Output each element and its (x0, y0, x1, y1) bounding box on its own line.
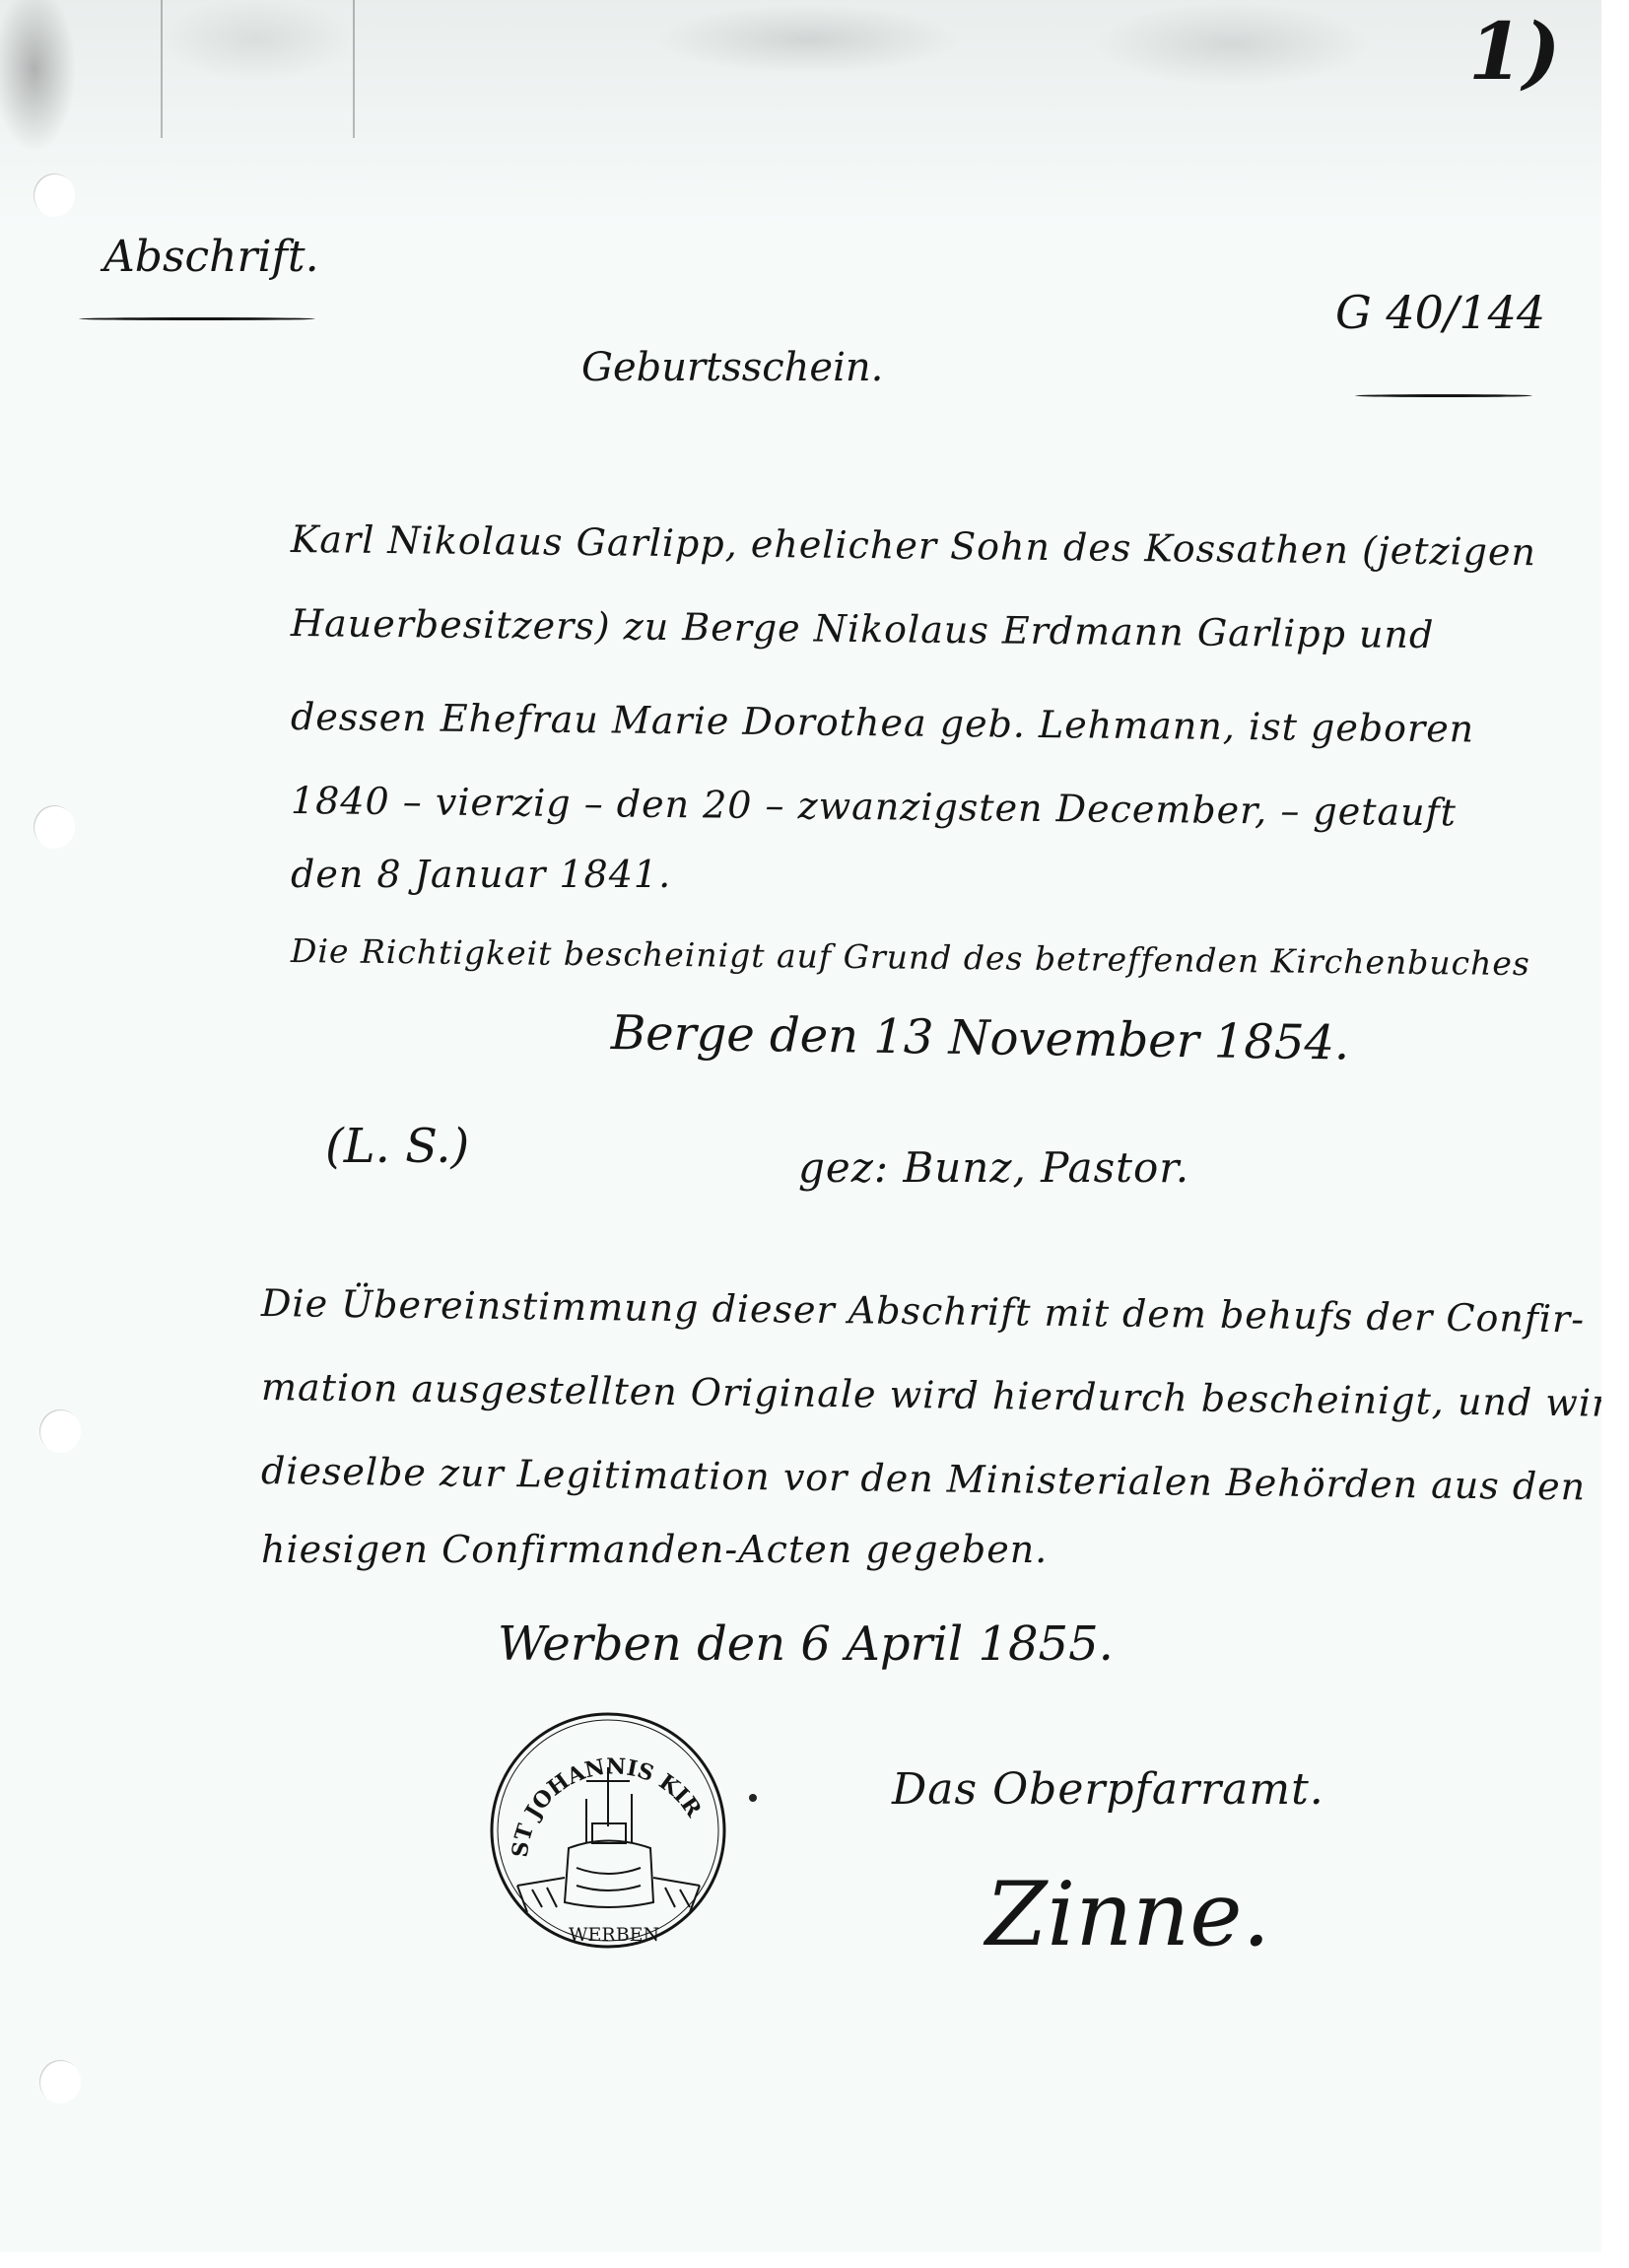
attestation-line: Die Richtigkeit bescheinigt auf Grund de… (291, 931, 1530, 983)
punch-hole (39, 1409, 81, 1453)
copy-artifact-line (353, 0, 355, 138)
attestation-2-line: Die Übereinstimmung dieser Abschrift mit… (261, 1281, 1586, 1340)
svg-text:ST JOHANNIS KIRCHE: ST JOHANNIS KIRCHE (488, 1710, 707, 1859)
body-line: Karl Nikolaus Garlipp, ehelicher Sohn de… (291, 517, 1536, 574)
reference-number: G 40/144 (1335, 286, 1545, 339)
place-date-werben: Werben den 6 April 1855. (498, 1616, 1114, 1672)
body-line: 1840 – vierzig – den 20 – zwanzigsten De… (291, 779, 1457, 834)
signature: Zinne. (985, 1863, 1270, 1966)
attestation-2-line: dieselbe zur Legitimation vor den Minist… (261, 1449, 1587, 1508)
punch-hole (39, 2060, 81, 2103)
church-seal-stamp: ST JOHANNIS KIRCHE WERBEN (488, 1710, 729, 1952)
attestation-2-line: hiesigen Confirmanden-Acten gegeben. (261, 1528, 1048, 1571)
seal-bottom-text: WERBEN (569, 1924, 659, 1946)
attestation-2-line: mation ausgestellten Originale wird hier… (261, 1365, 1601, 1425)
reference-underline (1355, 394, 1532, 397)
photocopy-noise (0, 0, 1601, 227)
document-title: Geburtsschein. (581, 345, 883, 390)
seal-top-text: ST JOHANNIS KIRCHE (488, 1710, 707, 1859)
punch-hole (34, 805, 75, 849)
office-title: Das Oberpfarramt. (892, 1764, 1324, 1815)
place-date-berge: Berge den 13 November 1854. (611, 1005, 1350, 1070)
page-number: 1) (1468, 5, 1561, 98)
body-line: dessen Ehefrau Marie Dorothea geb. Lehma… (291, 695, 1475, 751)
ink-dot (749, 1794, 757, 1802)
signed-pastor: gez: Bunz, Pastor. (798, 1143, 1189, 1192)
body-line: den 8 Januar 1841. (291, 853, 671, 896)
body-line: Hauerbesitzers) zu Berge Nikolaus Erdman… (291, 601, 1435, 656)
punch-hole (34, 173, 75, 217)
document-page: 1) Abschrift. Geburtsschein. G 40/144 Ka… (0, 0, 1601, 2252)
header-abschrift: Abschrift. (103, 232, 319, 282)
locus-sigilli: (L. S.) (325, 1119, 469, 1174)
header-underline (79, 317, 315, 320)
copy-artifact-line (161, 0, 163, 138)
